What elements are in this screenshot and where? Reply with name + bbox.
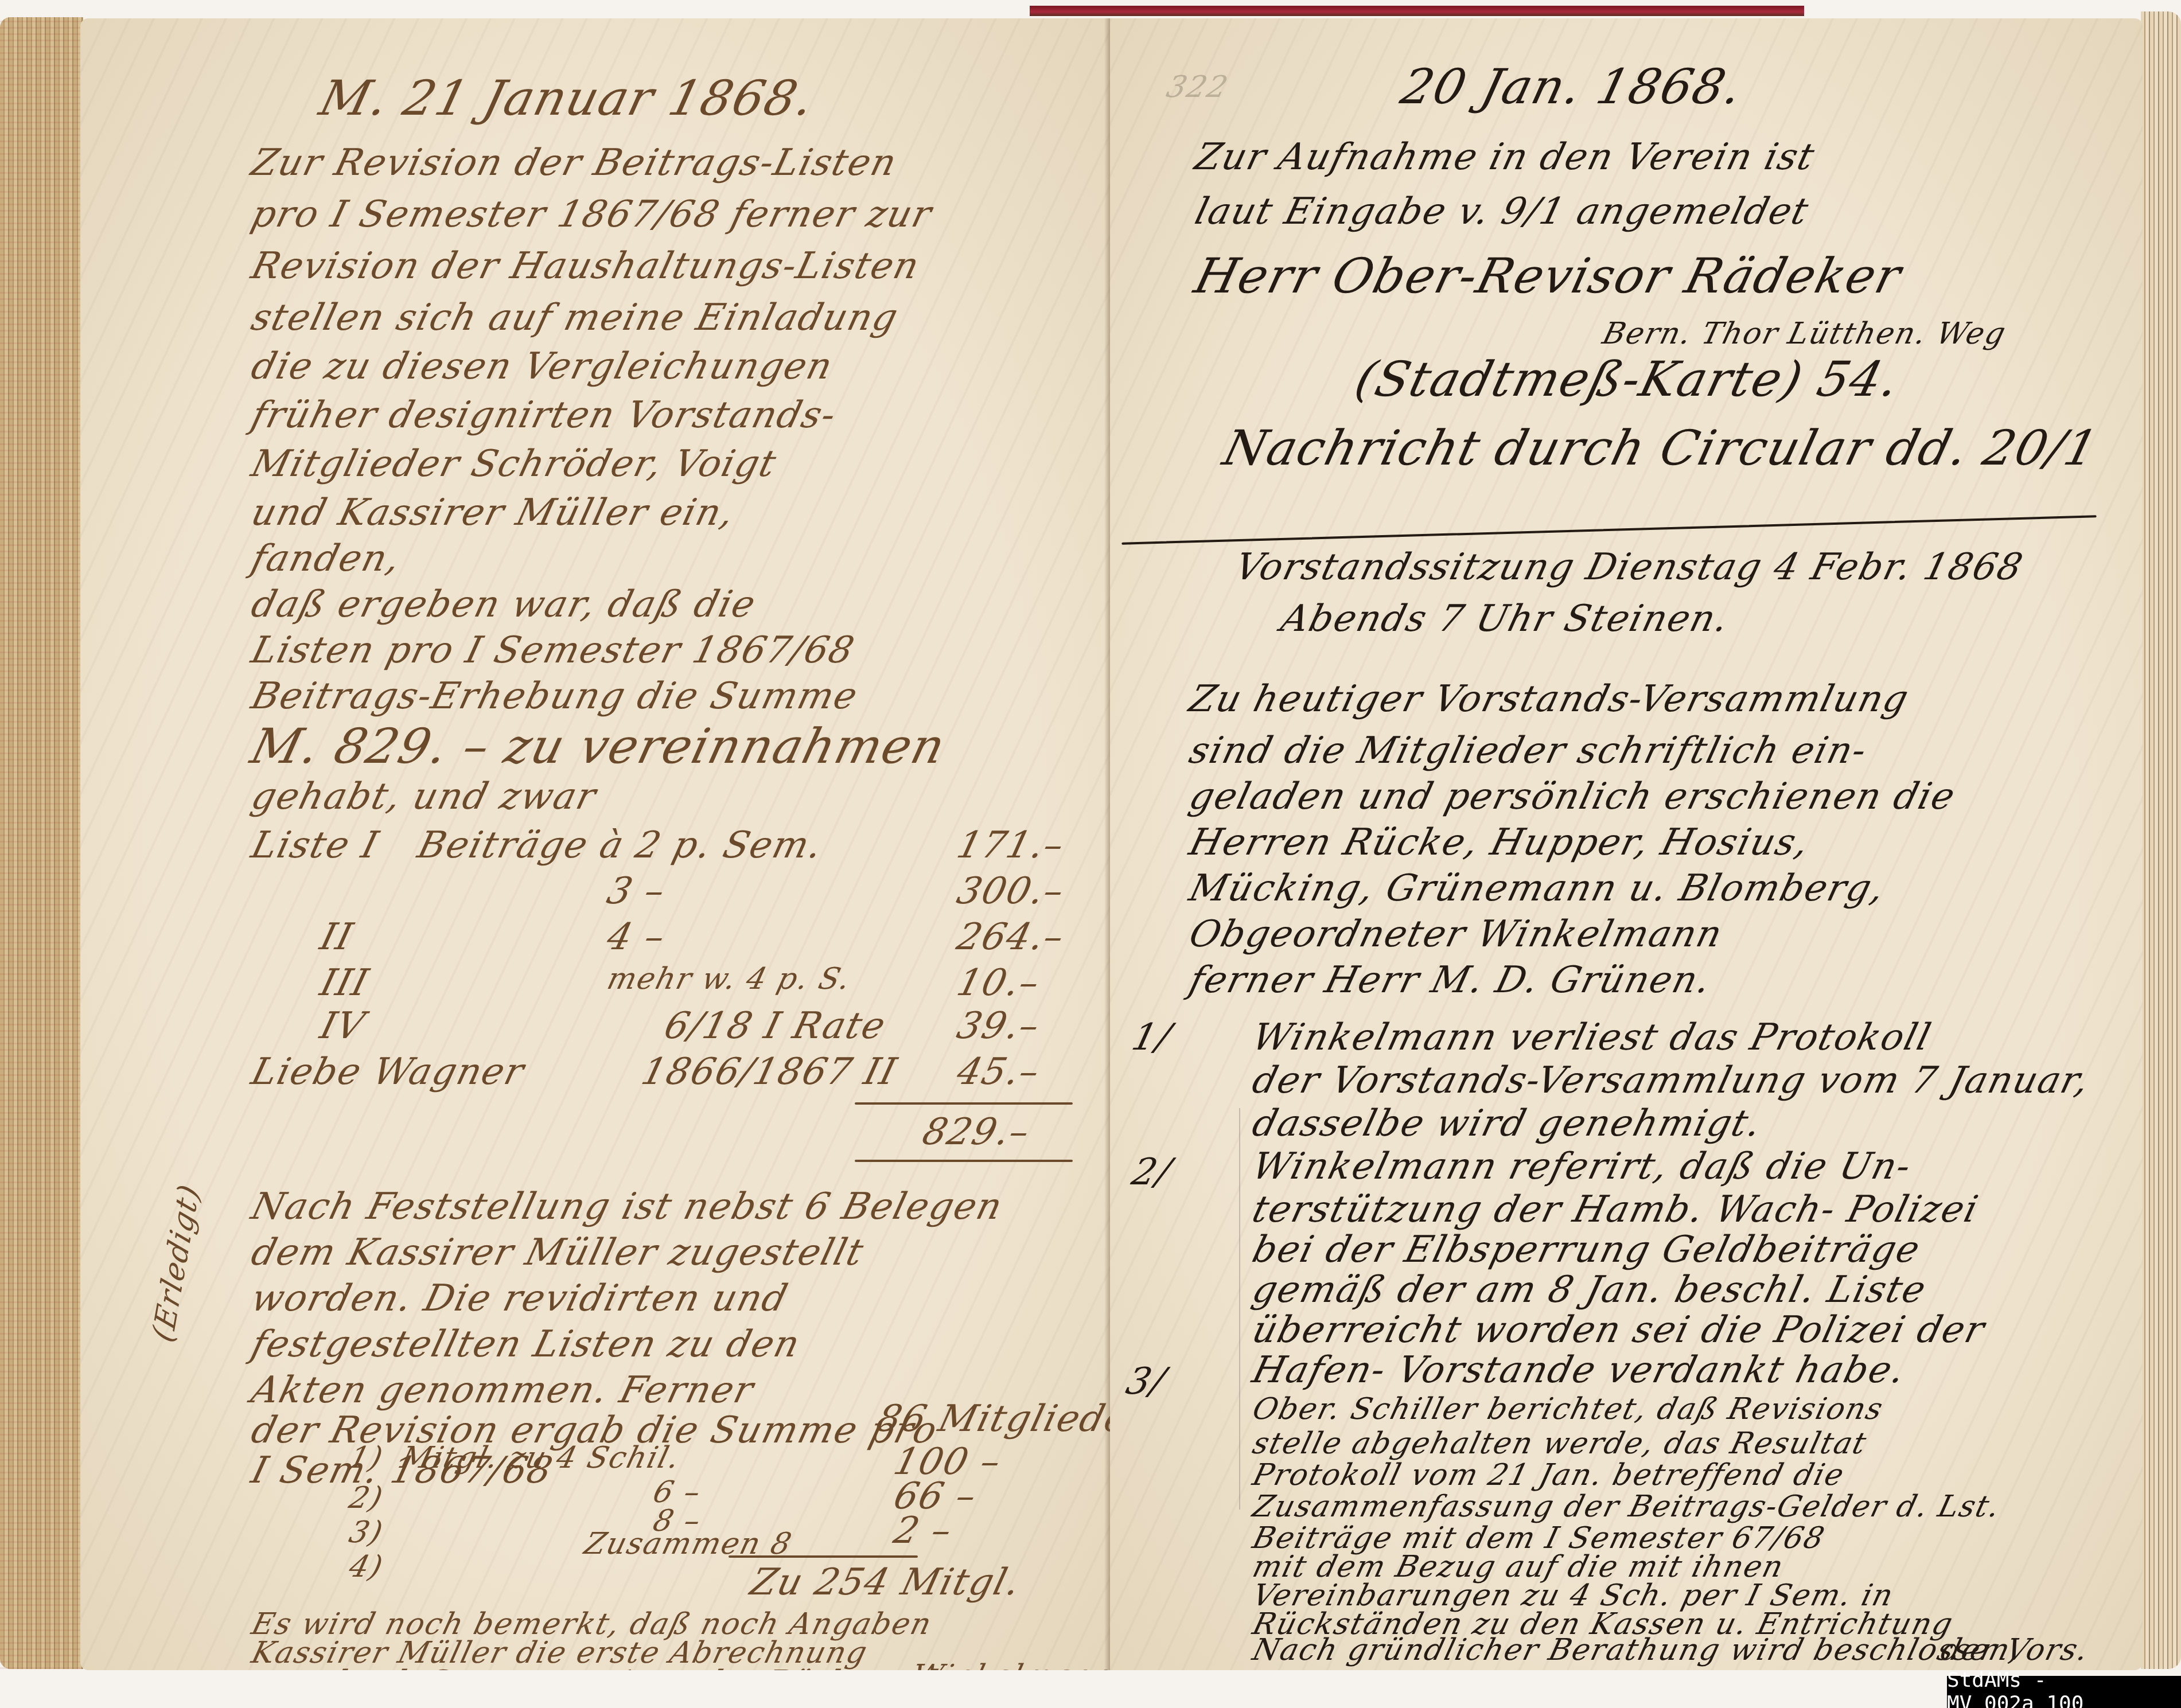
text-line: Akten genommen. Ferner xyxy=(247,1369,758,1411)
text-line: Beitrags-Erhebung die Summe xyxy=(247,675,863,717)
text-line: bei der Elbsperrung Geldbeiträge xyxy=(1248,1229,1925,1271)
text-line: Mitglieder Schröder, Voigt xyxy=(247,443,781,485)
text-line: stellen sich auf meine Einladung xyxy=(247,297,903,339)
text-line: Nach Feststellung ist nebst 6 Belegen xyxy=(247,1186,1007,1228)
text-line: fanden, xyxy=(247,537,406,580)
margin-note: (Erledigt) xyxy=(146,1179,207,1347)
text-line: Winkelmann verliest das Protokoll xyxy=(1248,1016,1936,1059)
text-line: Winkelmann referirt, daß die Un- xyxy=(1248,1145,1916,1188)
row-desc: 4 – xyxy=(603,916,671,958)
page-edges-left xyxy=(0,17,83,1669)
open-ledger-book: M. 21 Januar 1868. Zur Revision der Beit… xyxy=(0,6,2181,1680)
text-line: sind die Mitglieder schriftlich ein- xyxy=(1185,730,1872,772)
row-desc: Mitgl. zu 4 Schil. xyxy=(398,1441,684,1475)
text-line: früher designirten Vorstands- xyxy=(247,394,841,436)
text-line: laut Eingabe v. 9/1 angemeldet xyxy=(1191,190,1813,233)
signature: der Vors. xyxy=(1938,1633,2093,1667)
sum-rule xyxy=(855,1160,1073,1162)
text-line: Nachricht durch Circular dd. 20/1 xyxy=(1218,420,2104,476)
row-desc: 3 – xyxy=(603,870,671,913)
left-page-heading: M. 21 Januar 1868. xyxy=(314,70,821,126)
row-desc: 1866/1867 II xyxy=(637,1051,902,1093)
text-line: die zu diesen Vergleichungen xyxy=(247,345,838,388)
page-edges-right xyxy=(2141,11,2181,1669)
text-line: Mücking, Grünemann u. Blomberg, xyxy=(1185,867,1890,910)
text-line: Hafen- Vorstande verdankt habe. xyxy=(1248,1349,1910,1391)
margin-rule xyxy=(1239,1108,1240,1510)
row-desc: mehr w. 4 p. S. xyxy=(604,962,855,996)
row-label: IV xyxy=(316,1005,370,1047)
sum-rule xyxy=(855,1102,1073,1105)
text-line: stelle abgehalten werde, das Resultat xyxy=(1249,1426,1871,1461)
text-line: Protokoll vom 21 Jan. betreffend die xyxy=(1249,1458,1848,1492)
row-amount: 171.– xyxy=(953,824,1069,867)
section-divider xyxy=(1121,515,2096,544)
text-line: worden. Die revidirten und xyxy=(247,1277,793,1320)
text-line: geladen und persönlich erschienen die xyxy=(1185,775,1960,818)
left-page: M. 21 Januar 1868. Zur Revision der Beit… xyxy=(80,18,1110,1670)
text-line: gemäß der am 8 Jan. beschl. Liste xyxy=(1248,1269,1931,1311)
sum-rule xyxy=(729,1555,918,1558)
row-label: Liste I xyxy=(247,824,383,867)
member-total: Zu 254 Mitgl. xyxy=(746,1561,1025,1604)
session-heading: Abends 7 Uhr Steinen. xyxy=(1277,598,1734,640)
text-line: Obgeordneter Winkelmann xyxy=(1185,913,1727,956)
text-line: Listen pro I Semester 1867/68 xyxy=(247,629,859,672)
text-line: terstützung der Hamb. Wach- Polizei xyxy=(1248,1188,1983,1231)
page-number: 322 xyxy=(1163,70,1232,104)
text-line: pro I Semester 1867/68 ferner zur xyxy=(247,193,937,236)
row-amount: 2 – xyxy=(890,1510,957,1552)
text-line: Zur Aufnahme in den Verein ist xyxy=(1191,136,1820,178)
item-number: 3/ xyxy=(1122,1360,1171,1403)
item-number: 2/ xyxy=(1128,1151,1177,1194)
table-total: 829.– xyxy=(918,1111,1035,1153)
text-line: Nach gründlicher Berathung wird beschlos… xyxy=(1249,1633,2025,1667)
row-label: III xyxy=(316,962,373,1004)
text-line: dem Kassirer Müller zugestellt xyxy=(247,1231,868,1274)
row-amount: 39.– xyxy=(953,1005,1045,1047)
text-line: überreicht worden sei die Polizei der xyxy=(1248,1309,1989,1351)
row-amount: 264.– xyxy=(953,916,1069,958)
row-num: 4) xyxy=(346,1550,387,1584)
text-line: und Kassirer Müller ein, xyxy=(247,492,739,534)
member-table-header: 86 Mitglieder xyxy=(873,1398,1110,1440)
row-label: Liebe Wagner xyxy=(247,1051,529,1093)
text-line: Zu heutiger Vorstands-Versammlung xyxy=(1185,678,1914,720)
text-line: (Stadtmeß-Karte) 54. xyxy=(1350,351,1906,407)
text-line: daß ergeben war, daß die xyxy=(247,583,761,626)
row-desc: 6/18 I Rate xyxy=(660,1005,891,1047)
item-number: 1/ xyxy=(1128,1016,1177,1059)
session-heading: Vorstandssitzung Dienstag 4 Febr. 1868 xyxy=(1231,546,2028,588)
row-amount: 10.– xyxy=(953,962,1045,1004)
text-line: gehabt, und zwar xyxy=(247,775,601,818)
row-num: 3) xyxy=(346,1515,387,1550)
text-line: Ober. Schiller berichtet, daß Revisions xyxy=(1249,1392,1887,1426)
text-line: ferner Herr M. D. Grünen. xyxy=(1185,959,1716,1001)
text-line: Zur Revision der Beitrags-Listen xyxy=(247,142,902,184)
text-line: Revision der Haushaltungs-Listen xyxy=(247,245,924,287)
text-line: Herren Rücke, Hupper, Hosius, xyxy=(1185,821,1814,864)
archive-label: StdAMs - MV_002a_100 xyxy=(1947,1676,2181,1708)
address-line: Bern. Thor Lütthen. Weg xyxy=(1599,317,2010,351)
row-amount: 300.– xyxy=(953,870,1069,913)
signature: Winkelmann xyxy=(908,1659,1110,1670)
red-book-cover-edge xyxy=(1030,6,1804,16)
row-desc: Beiträge à 2 p. Sem. xyxy=(414,824,827,867)
text-line: Zusammenfassung der Beitrags-Gelder d. L… xyxy=(1249,1489,2004,1524)
total-line: M. 829. – zu vereinnahmen xyxy=(246,718,952,774)
text-line: der Vorstands-Versammlung vom 7 Januar, xyxy=(1248,1059,2094,1102)
member-name-line: Herr Ober-Revisor Rädeker xyxy=(1189,248,1908,304)
text-line: pro abgel. Semester mit zu der Rückstand xyxy=(248,1664,942,1670)
text-line: festgestellten Listen zu den xyxy=(247,1323,805,1366)
row-amount: 45.– xyxy=(953,1051,1045,1093)
right-page: 322 20 Jan. 1868. Zur Aufnahme in den Ve… xyxy=(1110,18,2143,1670)
text-line: dasselbe wird genehmigt. xyxy=(1248,1102,1766,1145)
row-label: II xyxy=(316,916,358,958)
right-page-heading: 20 Jan. 1868. xyxy=(1396,59,1749,115)
